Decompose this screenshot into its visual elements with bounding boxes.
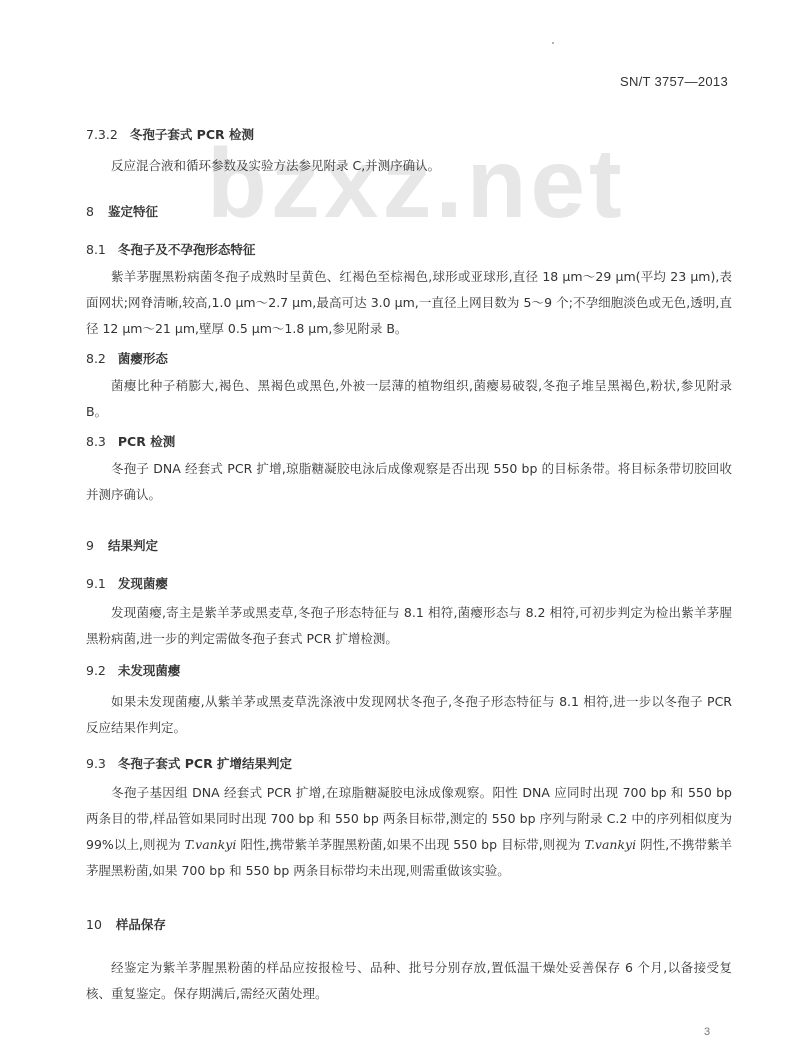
section-title: PCR 检测 <box>118 434 175 449</box>
section-title: 发现菌瘿 <box>118 576 168 591</box>
section-number: 8.2 <box>86 351 106 366</box>
heading-8: 8鉴定特征 <box>86 202 158 220</box>
heading-10: 10样品保存 <box>86 915 166 933</box>
section-title: 冬孢子及不孕孢形态特征 <box>118 242 256 257</box>
heading-8-2: 8.2菌瘿形态 <box>86 349 168 367</box>
section-number: 8.1 <box>86 242 106 257</box>
heading-8-3: 8.3PCR 检测 <box>86 432 175 450</box>
section-number: 7.3.2 <box>86 127 118 142</box>
paragraph-9-3: 冬孢子基因组 DNA 经套式 PCR 扩增,在琼脂糖凝胶电泳成像观察。阳性 DN… <box>86 780 732 884</box>
section-number: 8.3 <box>86 434 106 449</box>
standard-code: SN/T 3757—2013 <box>600 74 728 89</box>
section-number: 9 <box>86 538 94 553</box>
section-title: 未发现菌瘿 <box>118 663 181 678</box>
paragraph-9-2: 如果未发现菌瘿,从紫羊茅或黑麦草洗涤液中发现网状冬孢子,冬孢子形态特征与 8.1… <box>86 689 732 741</box>
section-title: 结果判定 <box>108 538 158 553</box>
section-number: 8 <box>86 204 94 219</box>
paragraph-10: 经鉴定为紫羊茅腥黑粉菌的样品应按报检号、品种、批号分别存放,置低温干燥处妥善保存… <box>86 955 732 1007</box>
section-number: 9.2 <box>86 663 106 678</box>
section-title: 冬孢子套式 PCR 扩增结果判定 <box>118 756 292 771</box>
section-title: 样品保存 <box>116 917 166 932</box>
section-title: 菌瘿形态 <box>118 351 168 366</box>
heading-7-3-2: 7.3.2冬孢子套式 PCR 检测 <box>86 125 254 143</box>
heading-9-2: 9.2未发现菌瘿 <box>86 661 180 679</box>
section-number: 10 <box>86 917 102 932</box>
paragraph-9-1: 发现菌瘿,寄主是紫羊茅或黑麦草,冬孢子形态特征与 8.1 相符,菌瘿形态与 8.… <box>86 600 732 652</box>
heading-8-1: 8.1冬孢子及不孕孢形态特征 <box>86 240 255 258</box>
species-name: T.vankyi <box>185 837 237 852</box>
paragraph-8-2: 菌瘿比种子稍膨大,褐色、黑褐色或黑色,外被一层薄的植物组织,菌瘿易破裂,冬孢子堆… <box>86 373 732 425</box>
scan-speck <box>552 42 554 44</box>
section-number: 9.1 <box>86 576 106 591</box>
text-run: 阳性,携带紫羊茅腥黑粉菌,如果不出现 550 bp 目标带,则视为 <box>236 837 584 852</box>
paragraph-8-1: 紫羊茅腥黑粉病菌冬孢子成熟时呈黄色、红褐色至棕褐色,球形或亚球形,直径 18 μ… <box>86 264 732 342</box>
document-page: SN/T 3757—2013 bzxz.net 7.3.2冬孢子套式 PCR 检… <box>0 0 800 1050</box>
paragraph-8-3: 冬孢子 DNA 经套式 PCR 扩增,琼脂糖凝胶电泳后成像观察是否出现 550 … <box>86 456 732 508</box>
page-number: 3 <box>704 1026 710 1038</box>
section-title: 冬孢子套式 PCR 检测 <box>130 127 254 142</box>
heading-9-3: 9.3冬孢子套式 PCR 扩增结果判定 <box>86 754 292 772</box>
paragraph-7-3-2: 反应混合液和循环参数及实验方法参见附录 C,并测序确认。 <box>86 153 732 179</box>
section-title: 鉴定特征 <box>108 204 158 219</box>
heading-9: 9结果判定 <box>86 536 158 554</box>
section-number: 9.3 <box>86 756 106 771</box>
heading-9-1: 9.1发现菌瘿 <box>86 574 168 592</box>
species-name: T.vankyi <box>584 837 636 852</box>
